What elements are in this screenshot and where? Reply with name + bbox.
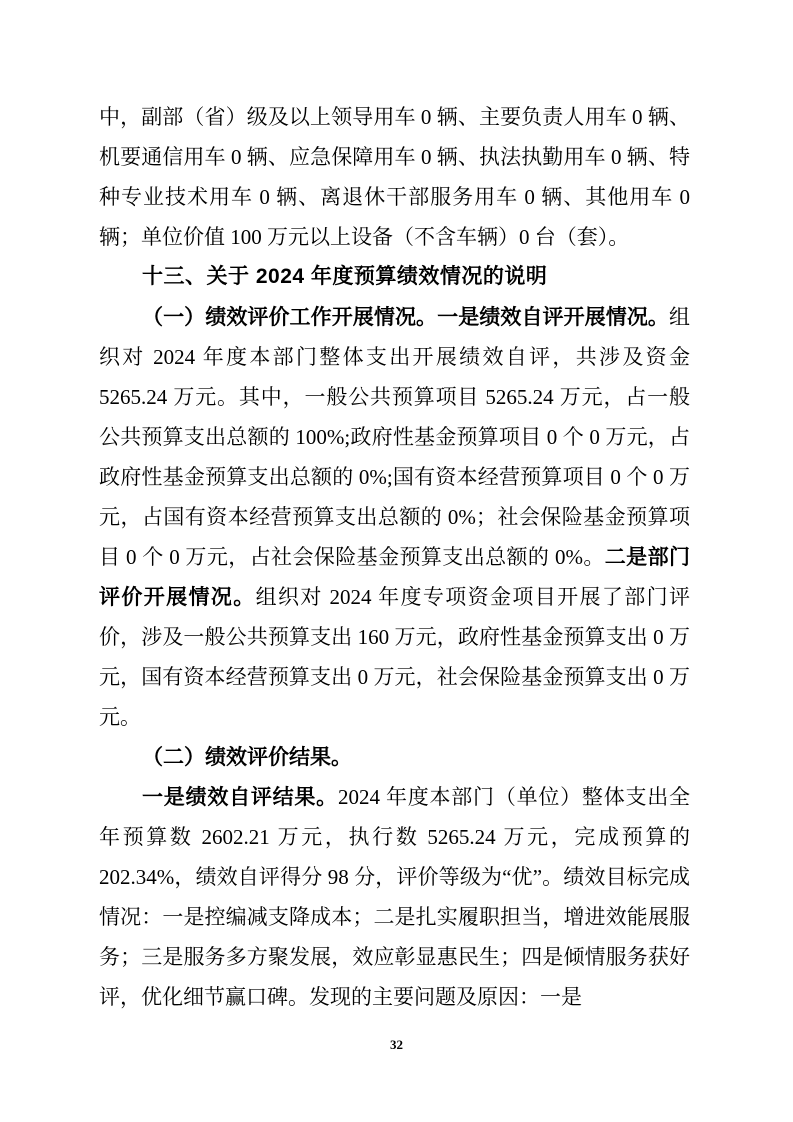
paragraph-evaluation-results-heading: （二）绩效评价结果。 — [99, 737, 690, 777]
section-heading-text: 十三、关于 2024 年度预算绩效情况的说明 — [142, 265, 547, 288]
document-page: 中，副部（省）级及以上领导用车 0 辆、主要负责人用车 0 辆、机要通信用车 0… — [0, 0, 793, 1122]
paragraph-text: 2024 年度本部门（单位）整体支出全年预算数 2602.21 万元，执行数 5… — [99, 785, 690, 1009]
bold-subsection-heading: （二）绩效评价结果。 — [142, 745, 352, 769]
paragraph-text: 中，副部（省）级及以上领导用车 0 辆、主要负责人用车 0 辆、机要通信用车 0… — [99, 105, 690, 249]
bold-lead-in-self-evaluation-results: 一是绩效自评结果。 — [142, 785, 338, 809]
page-number: 32 — [0, 1036, 793, 1054]
paragraph-text: 组织对 2024 年度本部门整体支出开展绩效自评，共涉及资金 5265.24 万… — [99, 305, 690, 569]
section-heading-13: 十三、关于 2024 年度预算绩效情况的说明 — [99, 257, 690, 297]
bold-lead-in-self-evaluation: （一）绩效评价工作开展情况。一是绩效自评开展情况。 — [142, 305, 669, 329]
paragraph-vehicle-counts: 中，副部（省）级及以上领导用车 0 辆、主要负责人用车 0 辆、机要通信用车 0… — [99, 97, 690, 257]
paragraph-performance-evaluation: （一）绩效评价工作开展情况。一是绩效自评开展情况。组织对 2024 年度本部门整… — [99, 297, 690, 737]
paragraph-self-evaluation-results: 一是绩效自评结果。2024 年度本部门（单位）整体支出全年预算数 2602.21… — [99, 777, 690, 1017]
document-body: 中，副部（省）级及以上领导用车 0 辆、主要负责人用车 0 辆、机要通信用车 0… — [99, 97, 690, 1017]
